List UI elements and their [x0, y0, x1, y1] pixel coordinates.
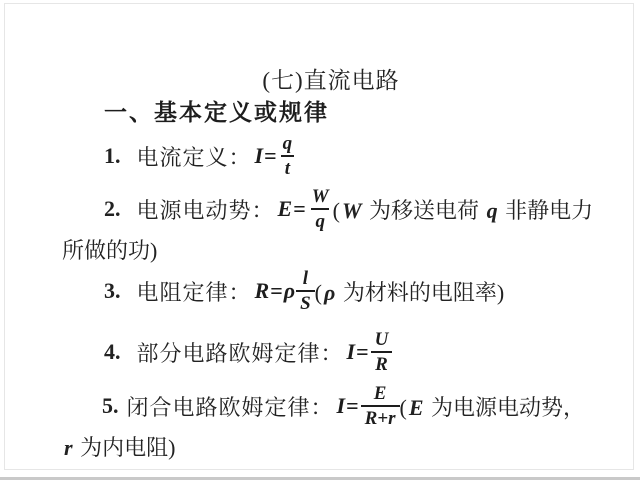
formula-emf: E = W q [278, 187, 333, 232]
fraction-numerator: l [299, 269, 312, 290]
fraction-numerator: W [308, 187, 333, 208]
continuation-variable: r [62, 435, 75, 460]
fraction-denominator: S [296, 290, 315, 314]
document-page: (七)直流电路 一、基本定义或规律 1. 电流定义： I = q t 2. 电源… [0, 0, 640, 480]
formula-coefficient-rho: ρ [284, 278, 295, 304]
formula-note: (ρ 为材料的电阻率) [315, 276, 505, 307]
fraction: q t [279, 134, 297, 179]
list-item-1: 1. 电流定义： I = q t [104, 130, 296, 182]
equals-sign: = [263, 143, 278, 169]
item-label: 电阻定律： [137, 276, 252, 307]
fraction-denominator: t [281, 155, 294, 179]
list-item-3: 3. 电阻定律： R = ρ l S (ρ 为材料的电阻率) [104, 264, 504, 318]
fraction-numerator: q [279, 134, 297, 155]
equals-sign: = [345, 393, 360, 419]
item-number: 4. [104, 339, 121, 365]
item-number: 1. [104, 143, 121, 169]
list-item-5-continuation: r 为内电阻) [62, 431, 175, 462]
fraction-denominator: R [371, 351, 392, 375]
note-variable: ρ [322, 280, 337, 305]
formula-lhs: R [255, 278, 270, 304]
fraction: U R [371, 330, 393, 375]
list-item-5: 5. 闭合电路欧姆定律： I = E R+r (E 为电源电动势， [102, 380, 585, 432]
formula-lhs: E [278, 196, 293, 222]
note-open-paren: ( [333, 198, 340, 223]
formula-lhs: I [347, 339, 356, 365]
note-text: 为材料的电阻率) [337, 280, 504, 305]
note-variable: E [407, 395, 426, 420]
fraction: E R+r [361, 384, 400, 429]
formula-lhs: I [337, 393, 346, 419]
note-open-paren: ( [400, 395, 407, 420]
formula-note: (W 为移送电荷 q 非静电力 [333, 194, 593, 225]
item-label: 电源电动势： [137, 194, 275, 225]
section-heading: 一、基本定义或规律 [104, 94, 329, 127]
list-item-2-continuation: 所做的功) [62, 234, 157, 265]
fraction-denominator: R+r [361, 405, 400, 429]
list-item-4: 4. 部分电路欧姆定律： I = U R [104, 326, 392, 378]
formula-lhs: I [255, 143, 264, 169]
note-text: 为移送电荷 [364, 198, 485, 223]
continuation-text: 为内电阻) [75, 435, 176, 460]
formula-partial-circuit-ohms-law: I = U R [347, 330, 393, 375]
equals-sign: = [355, 339, 370, 365]
item-label: 电流定义： [137, 141, 252, 172]
list-item-2: 2. 电源电动势： E = W q (W 为移送电荷 q 非静电力 [104, 183, 593, 235]
formula-note: (E 为电源电动势， [400, 391, 586, 422]
formula-closed-circuit-ohms-law: I = E R+r [337, 384, 400, 429]
item-number: 2. [104, 196, 121, 222]
note-open-paren: ( [315, 280, 322, 305]
note-variable: W [340, 198, 364, 223]
formula-current-definition: I = q t [255, 134, 297, 179]
fraction: W q [308, 187, 333, 232]
item-label: 部分电路欧姆定律： [137, 337, 344, 368]
equals-sign: = [292, 196, 307, 222]
note-text: 为电源电动势， [426, 395, 586, 420]
fraction: l S [296, 269, 315, 314]
fraction-denominator: q [311, 208, 329, 232]
formula-resistance-law: R = ρ l S [255, 269, 315, 314]
item-number: 5. [102, 393, 119, 419]
equals-sign: = [269, 278, 284, 304]
item-number: 3. [104, 278, 121, 304]
note-variable: q [485, 198, 500, 223]
fraction-numerator: E [370, 384, 391, 405]
note-text: 非静电力 [500, 198, 594, 223]
page-title: (七)直流电路 [0, 62, 640, 95]
fraction-numerator: U [371, 330, 393, 351]
item-label: 闭合电路欧姆定律： [127, 391, 334, 422]
